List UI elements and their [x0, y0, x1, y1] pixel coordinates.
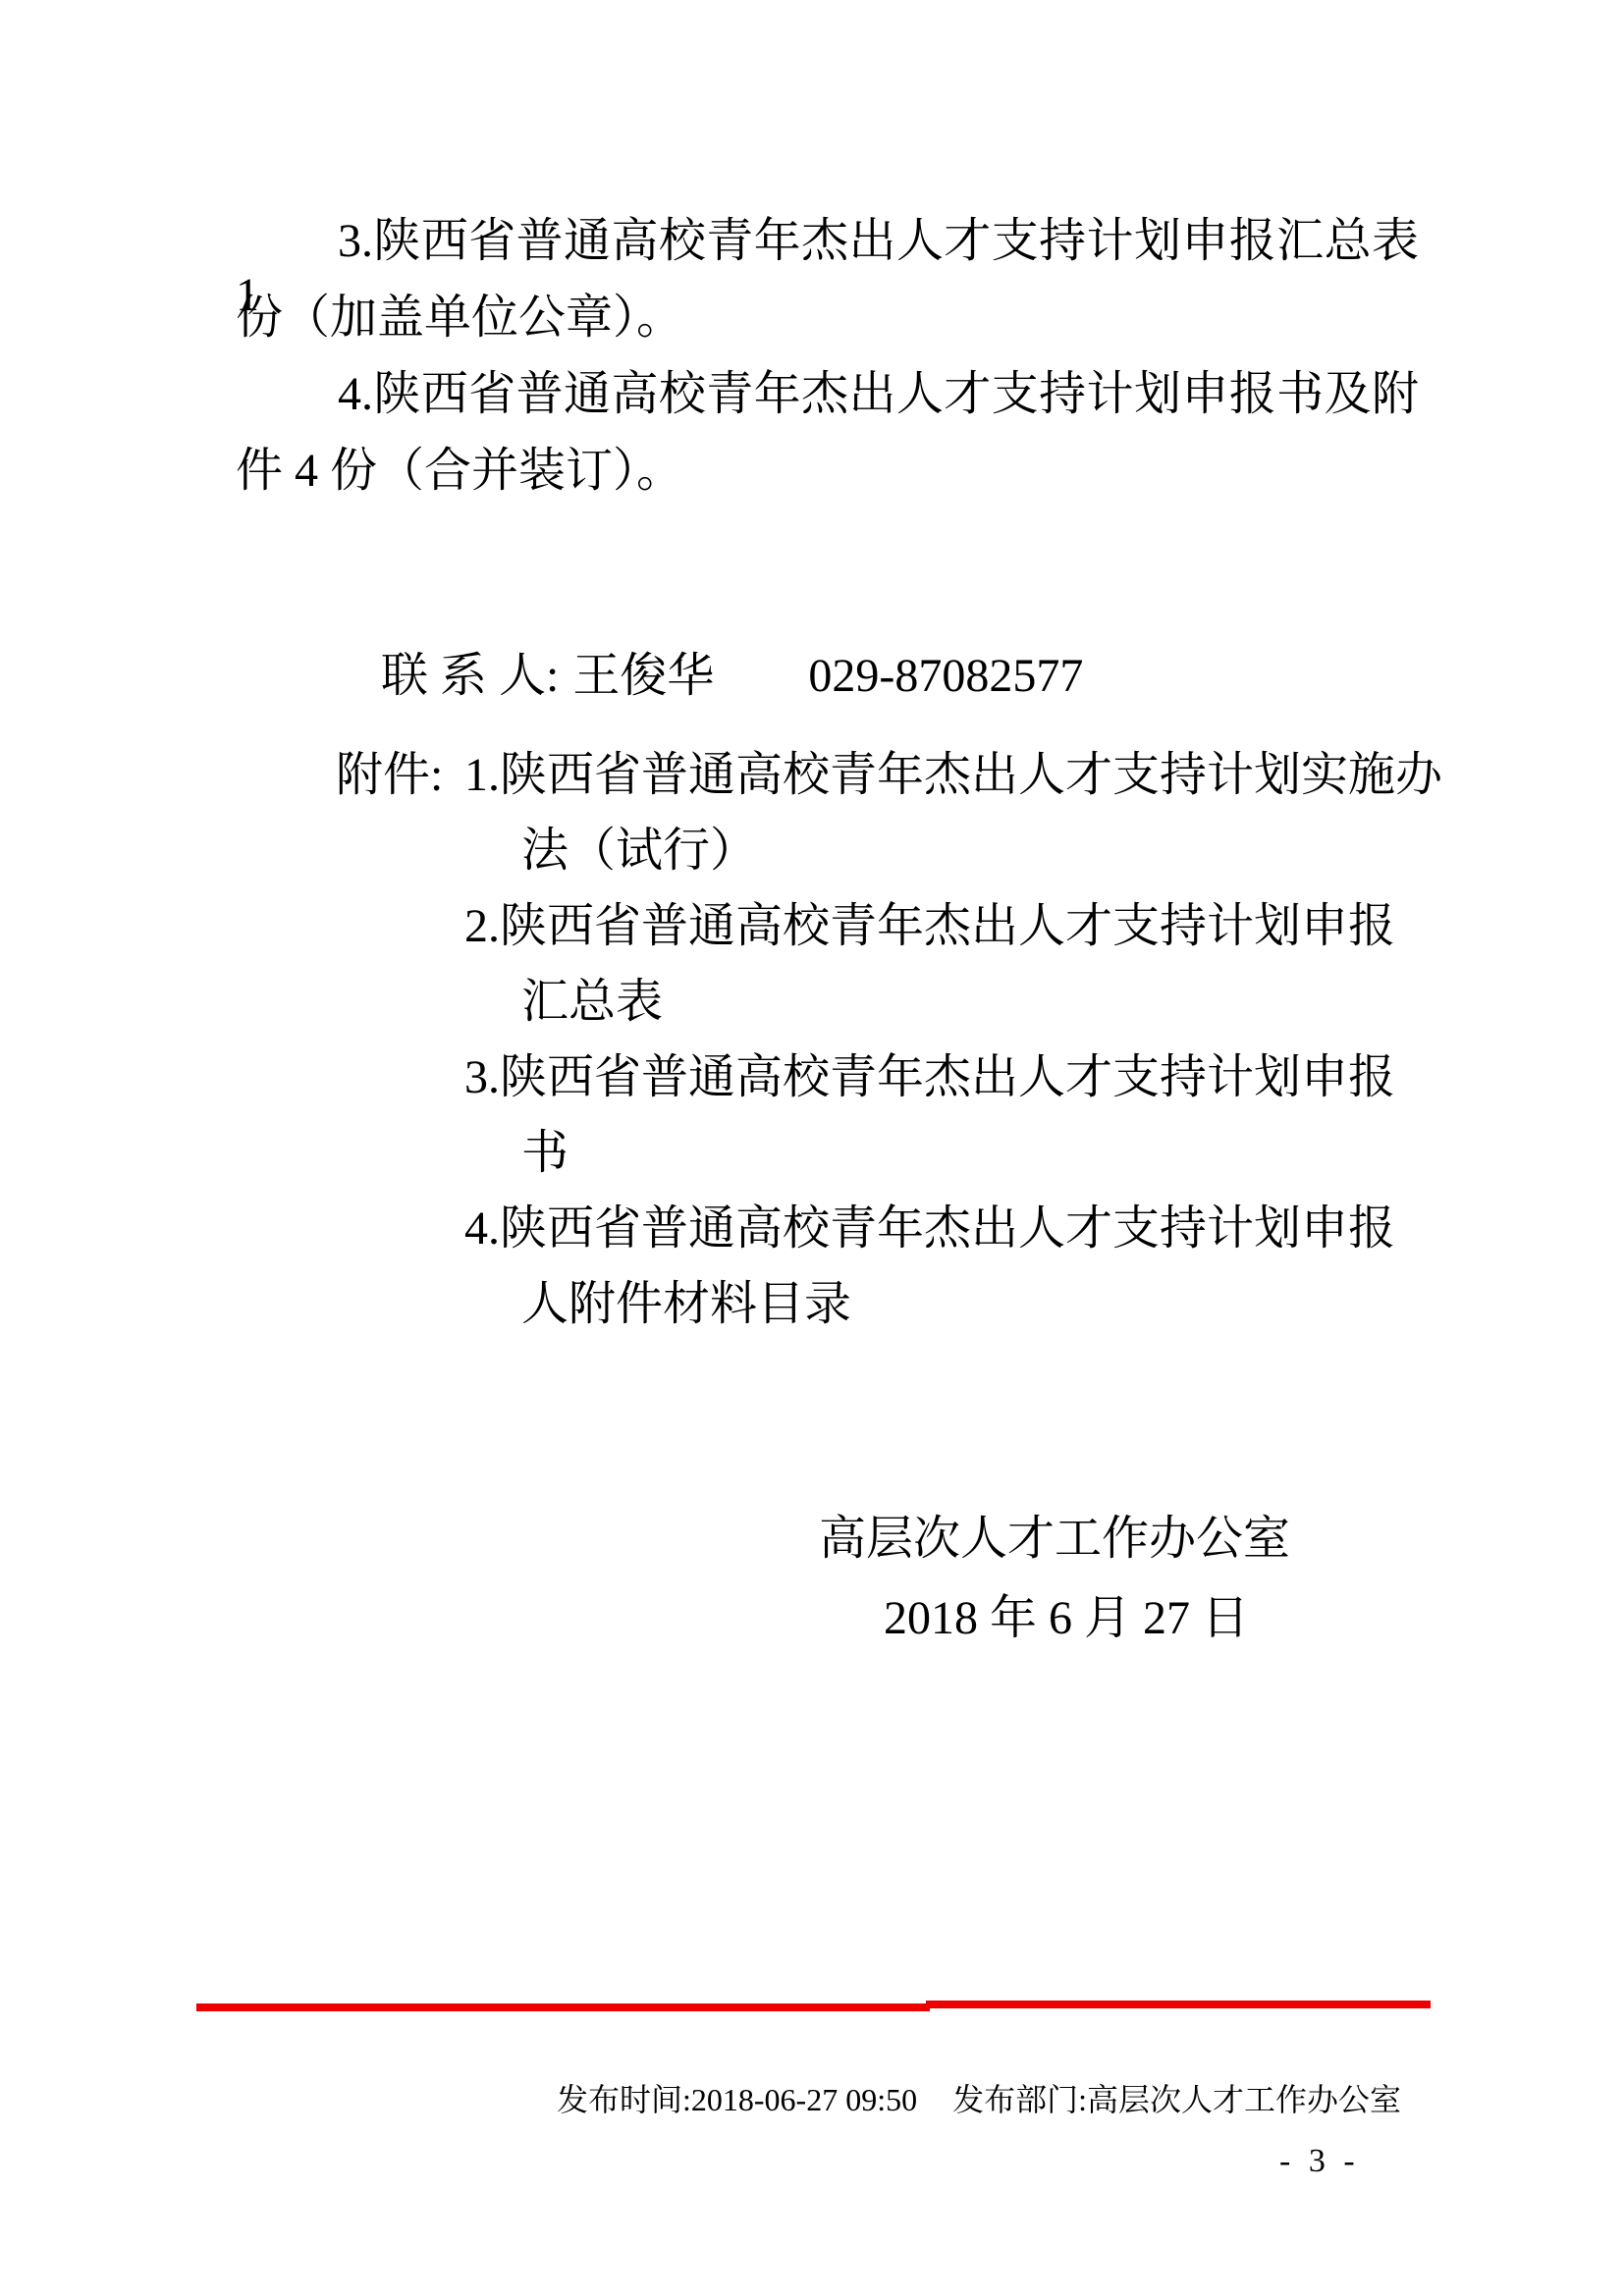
contact-label: 联 系 人: [381, 649, 559, 703]
attachment-line: 2.陕西省普通高校青年杰出人才支持计划申报 [464, 899, 1395, 953]
red-divider-left-segment [196, 2003, 930, 2011]
attachment-line: 人附件材料目录 [521, 1277, 851, 1331]
publish-dept-label: 发布部门: [952, 2082, 1087, 2117]
publish-time-label: 发布时间: [557, 2082, 691, 2117]
publish-time-value: 2018-06-27 09:50 [691, 2082, 917, 2117]
attachment-line: 汇总表 [521, 975, 663, 1029]
attachments-label: 附件: [336, 748, 443, 802]
publish-meta: 发布时间:2018-06-27 09:50发布部门:高层次人才工作办公室 [525, 2044, 1401, 2157]
attachment-line: 1.陕西省普通高校青年杰出人才支持计划实施办 [464, 748, 1442, 802]
attachment-line: 法（试行） [521, 824, 757, 878]
paragraph-item4-line1: 4.陕西省普通高校青年杰出人才支持计划申报书及附 [236, 367, 1419, 421]
document-page: 3.陕西省普通高校青年杰出人才支持计划申报汇总表 1 份（加盖单位公章）。 4.… [0, 0, 1624, 2296]
signature-org: 高层次人才工作办公室 [819, 1512, 1290, 1566]
paragraph-item3-line2: 份（加盖单位公章）。 [236, 291, 683, 345]
red-divider-right-segment [926, 2001, 1431, 2008]
signature-date: 2018 年 6 月 27 日 [884, 1591, 1249, 1645]
paragraph-item4-line2: 件 4 份（合并装订）。 [236, 444, 683, 498]
contact-name: 王俊华 [572, 649, 714, 703]
contact-phone: 029-87082577 [808, 649, 1083, 703]
attachment-line: 书 [521, 1126, 568, 1180]
contact-line: 联 系 人:王俊华029-87082577 [334, 595, 1083, 758]
attachment-line: 3.陕西省普通高校青年杰出人才支持计划申报 [464, 1050, 1395, 1104]
publish-dept-value: 高层次人才工作办公室 [1087, 2082, 1401, 2117]
page-number: - 3 - [1279, 2142, 1360, 2180]
attachment-line: 4.陕西省普通高校青年杰出人才支持计划申报 [464, 1201, 1395, 1255]
